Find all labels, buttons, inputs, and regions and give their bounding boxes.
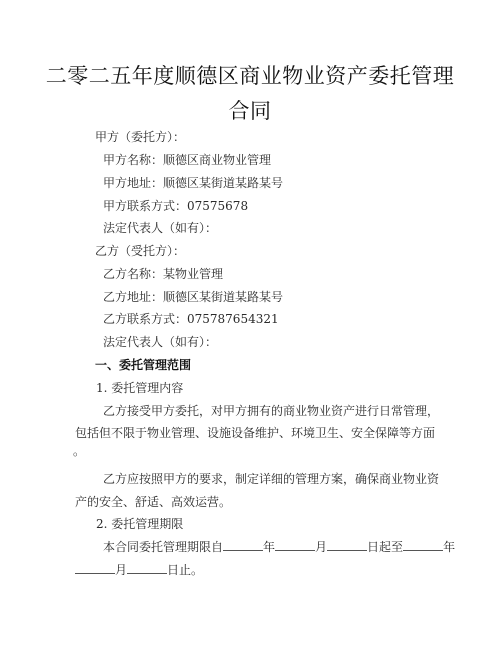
document-title-continued: 合同 <box>0 95 500 125</box>
term-prefix: 本合同委托管理期限自 <box>103 540 223 554</box>
paragraph-1-line-1: 乙方接受甲方委托，对甲方拥有的商业物业资产进行日常管理， <box>103 402 439 419</box>
item-2-title: 2. 委托管理期限 <box>96 515 183 532</box>
start-day-blank[interactable] <box>327 539 367 551</box>
paragraph-1-line-2: 包括但不限于物业管理、设施设备维护、环境卫生、安全保障等方面 <box>75 424 435 441</box>
party-a-contact: 甲方联系方式：07575678 <box>103 197 248 214</box>
term-month-2: 月 <box>115 563 127 577</box>
party-a-heading: 甲方（委托方）： <box>95 128 185 145</box>
document-page: 二零二五年度顺德区商业物业资产委托管理 合同 甲方（委托方）： 甲方名称：顺德区… <box>0 0 500 647</box>
paragraph-1-line-3: 。 <box>73 442 85 459</box>
start-month-blank[interactable] <box>275 539 315 551</box>
term-year-1: 年 <box>263 540 275 554</box>
term-year-2: 年 <box>443 540 455 554</box>
start-year-blank[interactable] <box>223 539 263 551</box>
term-month-1: 月 <box>315 540 327 554</box>
term-line-1: 本合同委托管理期限自年月日起至年 <box>103 538 455 555</box>
party-a-legal-rep: 法定代表人（如有）： <box>103 219 217 236</box>
term-day-1: 日起至 <box>367 540 403 554</box>
item-1-title: 1. 委托管理内容 <box>96 379 183 396</box>
party-b-contact: 乙方联系方式：075787654321 <box>103 310 279 327</box>
term-day-2: 日止。 <box>167 563 203 577</box>
party-b-legal-rep: 法定代表人（如有）： <box>103 333 217 350</box>
end-day-blank[interactable] <box>127 562 167 574</box>
term-line-2: 月日止。 <box>75 561 203 578</box>
end-month-blank[interactable] <box>75 562 115 574</box>
document-title: 二零二五年度顺德区商业物业资产委托管理 <box>0 60 500 90</box>
party-b-name: 乙方名称：某物业管理 <box>103 265 223 282</box>
party-a-name: 甲方名称：顺德区商业物业管理 <box>103 151 271 168</box>
party-b-heading: 乙方（受托方）： <box>95 242 185 259</box>
end-year-blank[interactable] <box>403 539 443 551</box>
paragraph-2-line-2: 产的安全、舒适、高效运营。 <box>75 493 231 510</box>
party-a-address: 甲方地址：顺德区某街道某路某号 <box>103 174 283 191</box>
party-b-address: 乙方地址：顺德区某街道某路某号 <box>103 288 283 305</box>
paragraph-2-line-1: 乙方应按照甲方的要求，制定详细的管理方案，确保商业物业资 <box>103 470 439 487</box>
section-1-heading: 一、委托管理范围 <box>95 356 191 373</box>
